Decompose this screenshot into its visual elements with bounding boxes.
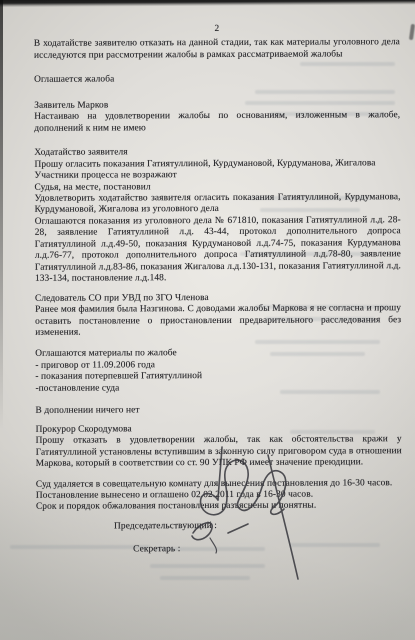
paragraph-case-materials-read: Оглашаются показания из уголовного дела … — [35, 215, 401, 285]
bleed-through-mark — [160, 576, 250, 580]
secretary-signature-label: Секретарь : — [133, 544, 402, 557]
protocol-text: 2 В ходатайстве заявителю отказать на да… — [34, 23, 402, 556]
paragraph-ruling-refusal: В ходатайстве заявителю отказать на данн… — [34, 38, 400, 63]
bleed-through-mark — [150, 564, 265, 568]
paragraph-material-court-order: -постановление суда — [35, 382, 401, 395]
chairman-signature-label: Председательствующий : — [114, 520, 402, 533]
paragraph-investigator-statement: Ранее моя фамилия была Назгинова. С дово… — [35, 303, 401, 339]
page-number: 2 — [34, 23, 400, 36]
paragraph-applicant-statement: Настаиваю на удовлетворении жалобы по ос… — [34, 110, 400, 135]
scan-left-edge — [0, 0, 3, 430]
paragraph-complaint-announced: Оглашается жалоба — [34, 74, 400, 87]
paragraph-motion-request: Прошу огласить показания Гатиятуллиной, … — [34, 158, 400, 171]
paragraph-prosecutor-statement: Прошу отказать в удовлетворении жалобы, … — [36, 434, 402, 470]
paragraph-motion-granted: Удовлетворить ходатайство заявителя огла… — [35, 192, 401, 217]
paragraph-court-retires: Суд удаляется в совещательную комнату дл… — [36, 478, 402, 491]
paragraph-appeal-procedure: Срок и порядок обжалования постановления… — [36, 501, 402, 514]
paragraph-no-additions: В дополнении ничего нет — [36, 404, 402, 417]
